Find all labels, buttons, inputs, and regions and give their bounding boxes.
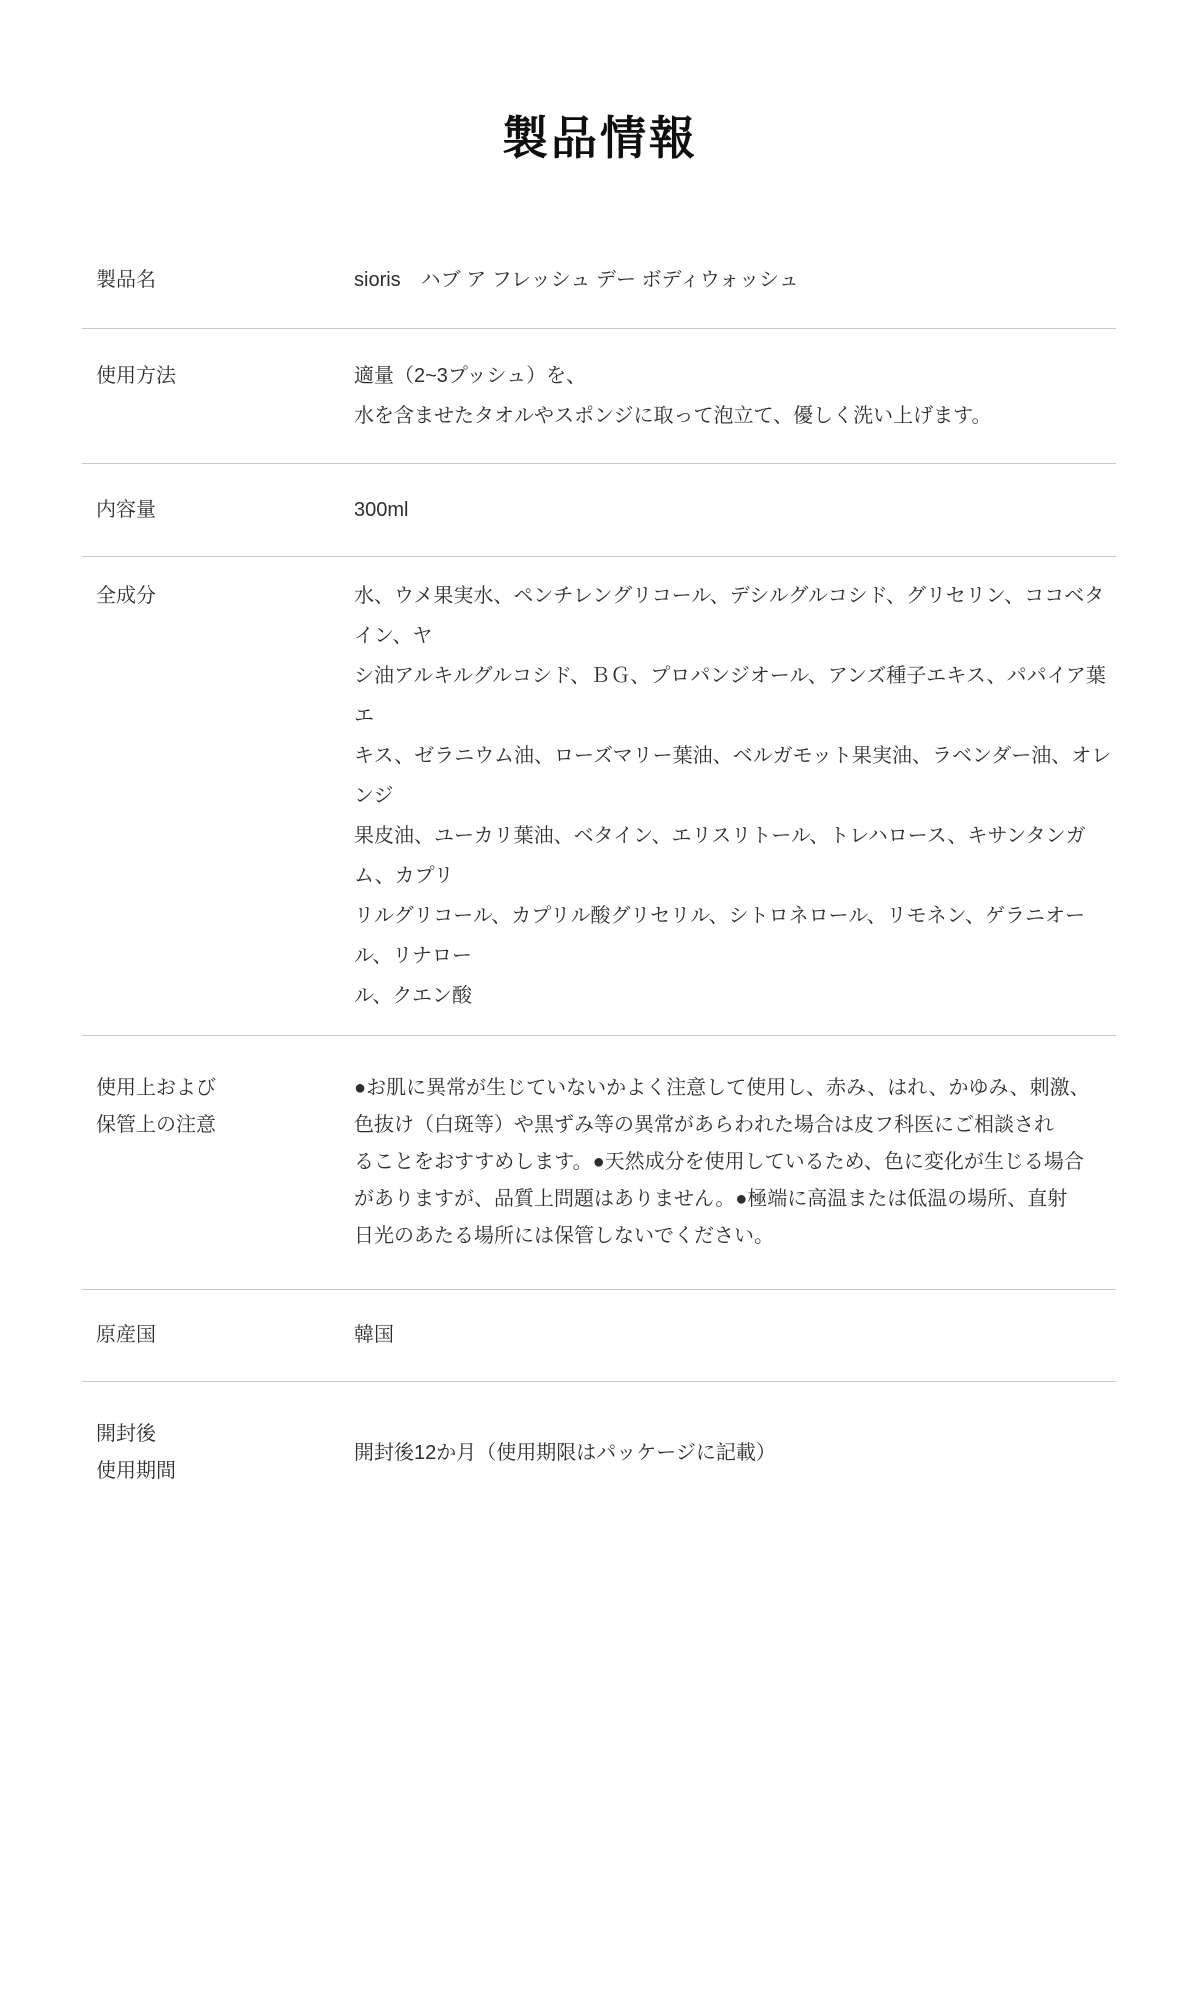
row-value-precautions: ●お肌に異常が生じていないかよく注意して使用し、赤み、はれ、かゆみ、刺激、 色抜… bbox=[354, 1070, 1116, 1255]
row-value-ingredients: 水、ウメ果実水、ペンチレングリコール、デシルグルコシド、グリセリン、ココベタイン… bbox=[354, 576, 1116, 1016]
row-origin: 原産国 韓国 bbox=[82, 1290, 1116, 1382]
row-value-origin: 韓国 bbox=[354, 1323, 1116, 1347]
row-period: 開封後 使用期間 開封後12か月（使用期限はパッケージに記載） bbox=[82, 1382, 1116, 1526]
row-precautions: 使用上および 保管上の注意 ●お肌に異常が生じていないかよく注意して使用し、赤み… bbox=[82, 1036, 1116, 1290]
row-volume: 内容量 300ml bbox=[82, 464, 1116, 557]
row-product-name: 製品名 sioris ハブ ア フレッシュ デー ボディウォッシュ bbox=[82, 232, 1116, 329]
row-usage: 使用方法 適量（2~3プッシュ）を、 水を含ませたタオルやスポンジに取って泡立て… bbox=[82, 329, 1116, 464]
row-label-precautions: 使用上および 保管上の注意 bbox=[82, 1070, 354, 1255]
row-ingredients: 全成分 水、ウメ果実水、ペンチレングリコール、デシルグルコシド、グリセリン、ココ… bbox=[82, 557, 1116, 1036]
row-label-origin: 原産国 bbox=[82, 1323, 354, 1347]
row-label-period: 開封後 使用期間 bbox=[82, 1416, 354, 1490]
row-value-usage: 適量（2~3プッシュ）を、 水を含ませたタオルやスポンジに取って泡立て、優しく洗… bbox=[354, 356, 1116, 436]
row-label-usage: 使用方法 bbox=[82, 356, 354, 436]
row-label-product-name: 製品名 bbox=[82, 268, 354, 292]
product-info-page: 製品情報 製品名 sioris ハブ ア フレッシュ デー ボディウォッシュ 使… bbox=[0, 102, 1200, 1526]
product-info-table: 製品名 sioris ハブ ア フレッシュ デー ボディウォッシュ 使用方法 適… bbox=[82, 232, 1116, 1526]
row-value-volume: 300ml bbox=[354, 498, 1116, 522]
row-label-ingredients: 全成分 bbox=[82, 576, 354, 1016]
row-label-volume: 内容量 bbox=[82, 498, 354, 522]
row-value-period: 開封後12か月（使用期限はパッケージに記載） bbox=[354, 1435, 1116, 1472]
page-title: 製品情報 bbox=[0, 102, 1200, 168]
row-value-product-name: sioris ハブ ア フレッシュ デー ボディウォッシュ bbox=[354, 268, 1116, 292]
